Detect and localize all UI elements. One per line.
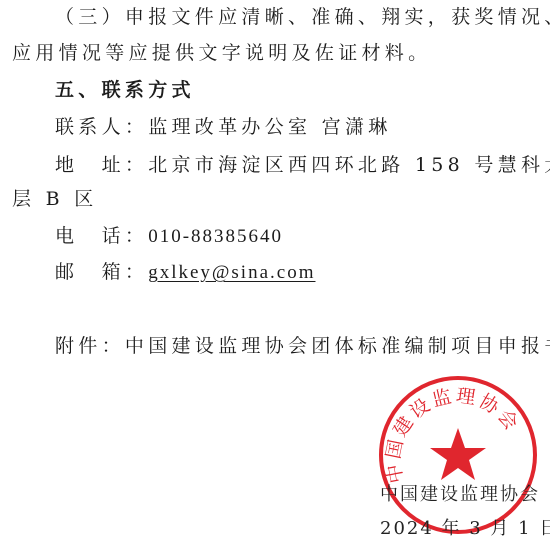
phone-row: 电 话：010-88385640 [55,224,283,249]
email-row: 邮 箱：gxlkey@sina.com [55,260,315,285]
seal-graphic: 中国建设监理协会 [379,376,537,534]
contact-value: 监理改革办公室 宫潇琳 [148,116,391,138]
email-link[interactable]: gxlkey@sina.com [148,262,315,283]
address-value: 北京市海淀区西四环北路 158 号慧科大厦 10 [148,154,550,176]
phone-label: 电 话： [55,225,148,247]
signature-date: 2024 年 3 月 1 日 [380,514,550,540]
attachment-label: 附件： [55,335,125,357]
phone-value: 010-88385640 [148,226,283,247]
official-seal: 中国建设监理协会 [379,376,537,534]
address-row-cont: 层 B 区 [12,187,98,211]
signature-organization: 中国建设监理协会 [380,480,540,506]
attachment-value: 中国建设监理协会团体标准编制项目申报书 [125,335,550,357]
contact-label: 联系人： [55,116,148,138]
address-row: 地 址：北京市海淀区西四环北路 158 号慧科大厦 10 [55,153,550,177]
star-icon [430,428,486,480]
email-label: 邮 箱： [55,261,148,283]
para3-line1: （三）申报文件应清晰、准确、翔实，获奖情况、工程 [55,5,550,29]
address-label: 地 址： [55,154,148,176]
attachment-row: 附件：中国建设监理协会团体标准编制项目申报书 [55,334,550,358]
section5-title: 五、联系方式 [55,78,195,102]
contact-row: 联系人：监理改革办公室 宫潇琳 [55,115,392,139]
para3-line2: 应用情况等应提供文字说明及佐证材料。 [12,41,431,65]
